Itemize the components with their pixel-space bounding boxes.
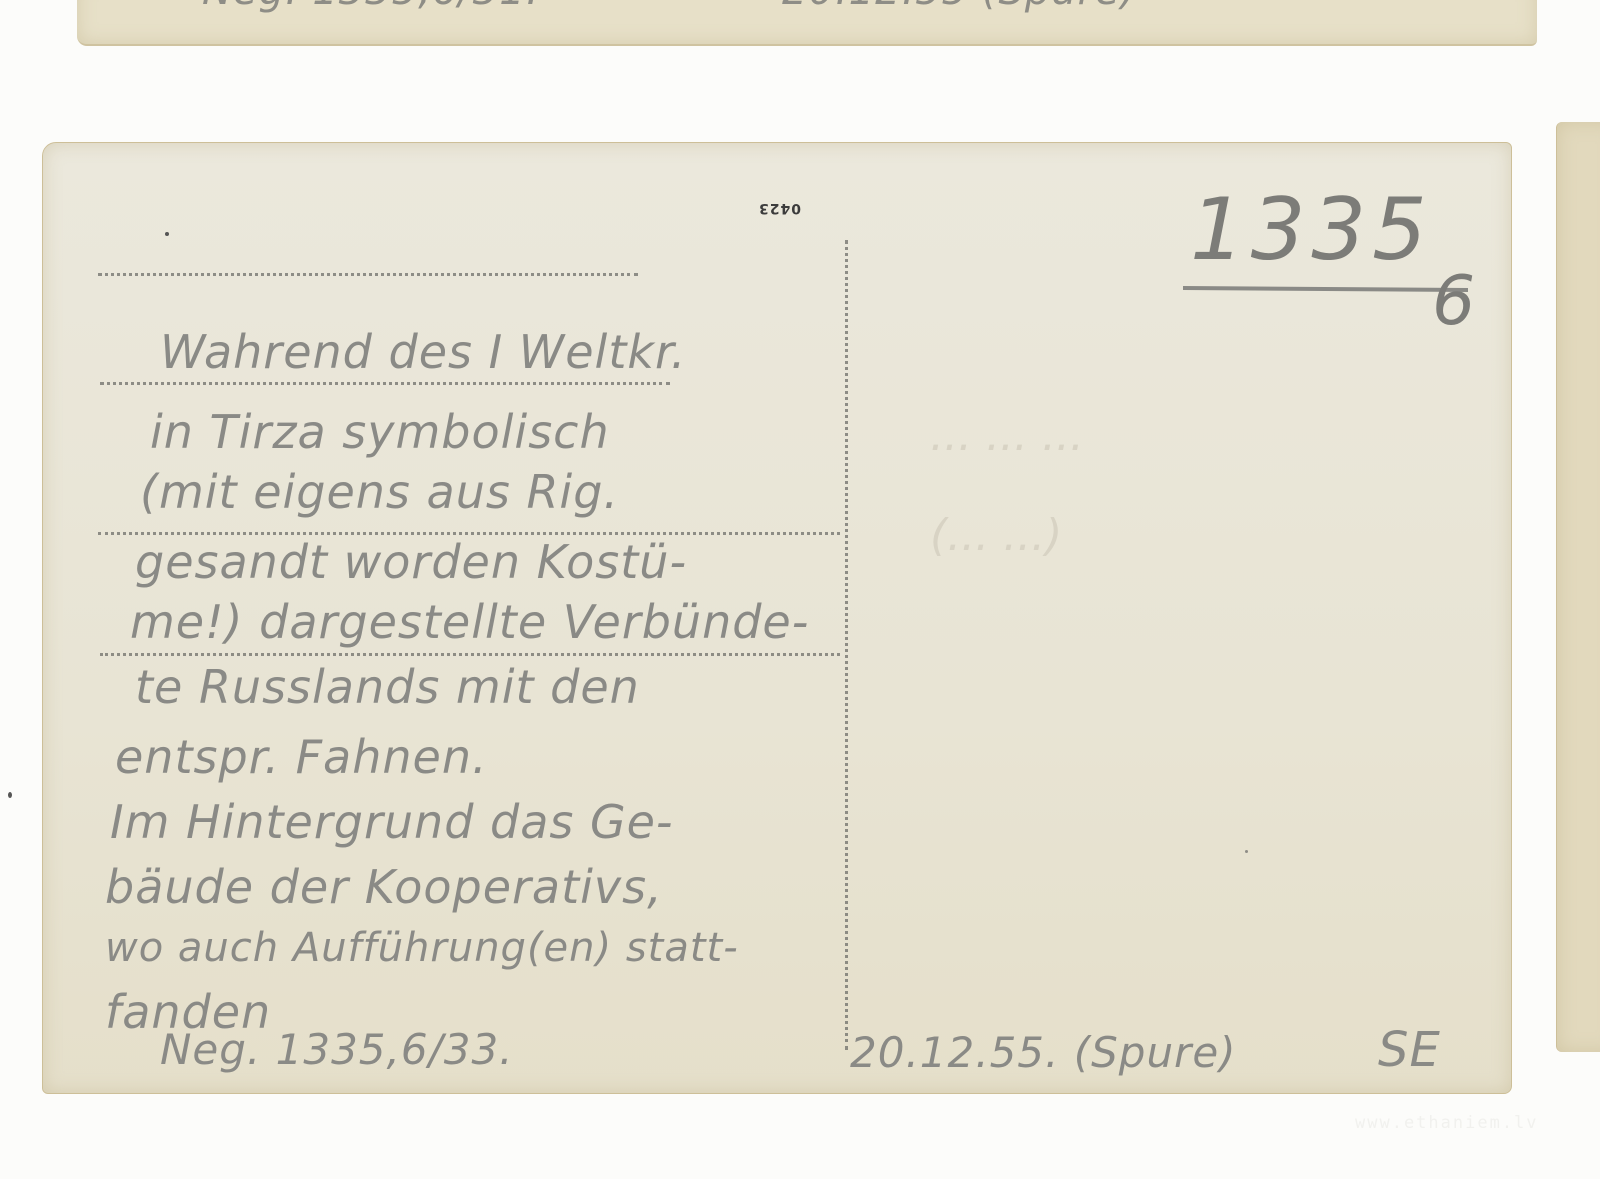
previous-date-note: 20.12.55 (Spure) [782, 0, 1137, 14]
caption-line: Im Hintergrund das Ge- [110, 795, 674, 849]
watermark: www.ethaniem.lv [1355, 1113, 1539, 1133]
next-card-edge [1556, 122, 1600, 1052]
caption-line: wo auch Aufführung(en) statt- [105, 925, 739, 971]
archive-subnumber: 6 [1432, 262, 1475, 341]
speck [165, 232, 169, 236]
archive-number: 1335 [1190, 180, 1433, 280]
caption-line: Wahrend des I Weltkr. [160, 325, 686, 379]
date-note: 20.12.55. (Spure) [850, 1028, 1237, 1077]
caption-line: te Russlands mit den [135, 660, 640, 714]
faint-show-through: ... ... ... [930, 410, 1084, 461]
caption-line: (mit eigens aus Rig. [140, 465, 619, 519]
printed-divider [845, 240, 848, 1050]
previous-card-fragment: Neg. 1335,6/31. 20.12.55 (Spure) [77, 0, 1537, 46]
printed-dotted-rule [100, 382, 670, 385]
initials: SE [1378, 1022, 1441, 1078]
previous-negative-reference: Neg. 1335,6/31. [202, 0, 539, 14]
caption-line: me!) dargestellte Verbünde- [130, 595, 809, 649]
caption-line: bäude der Kooperativs, [105, 860, 663, 914]
caption-line: in Tirza symbolisch [150, 405, 610, 459]
printed-code: 0423 [758, 200, 801, 216]
caption-line: gesandt worden Kostü- [135, 535, 687, 589]
printed-dotted-rule [98, 273, 638, 276]
printed-dotted-rule [100, 653, 840, 656]
negative-reference: Neg. 1335,6/33. [160, 1025, 514, 1074]
speck [1245, 850, 1248, 853]
caption-line: entspr. Fahnen. [115, 730, 488, 784]
faint-show-through: (... ...) [930, 510, 1062, 561]
speck [8, 792, 12, 798]
